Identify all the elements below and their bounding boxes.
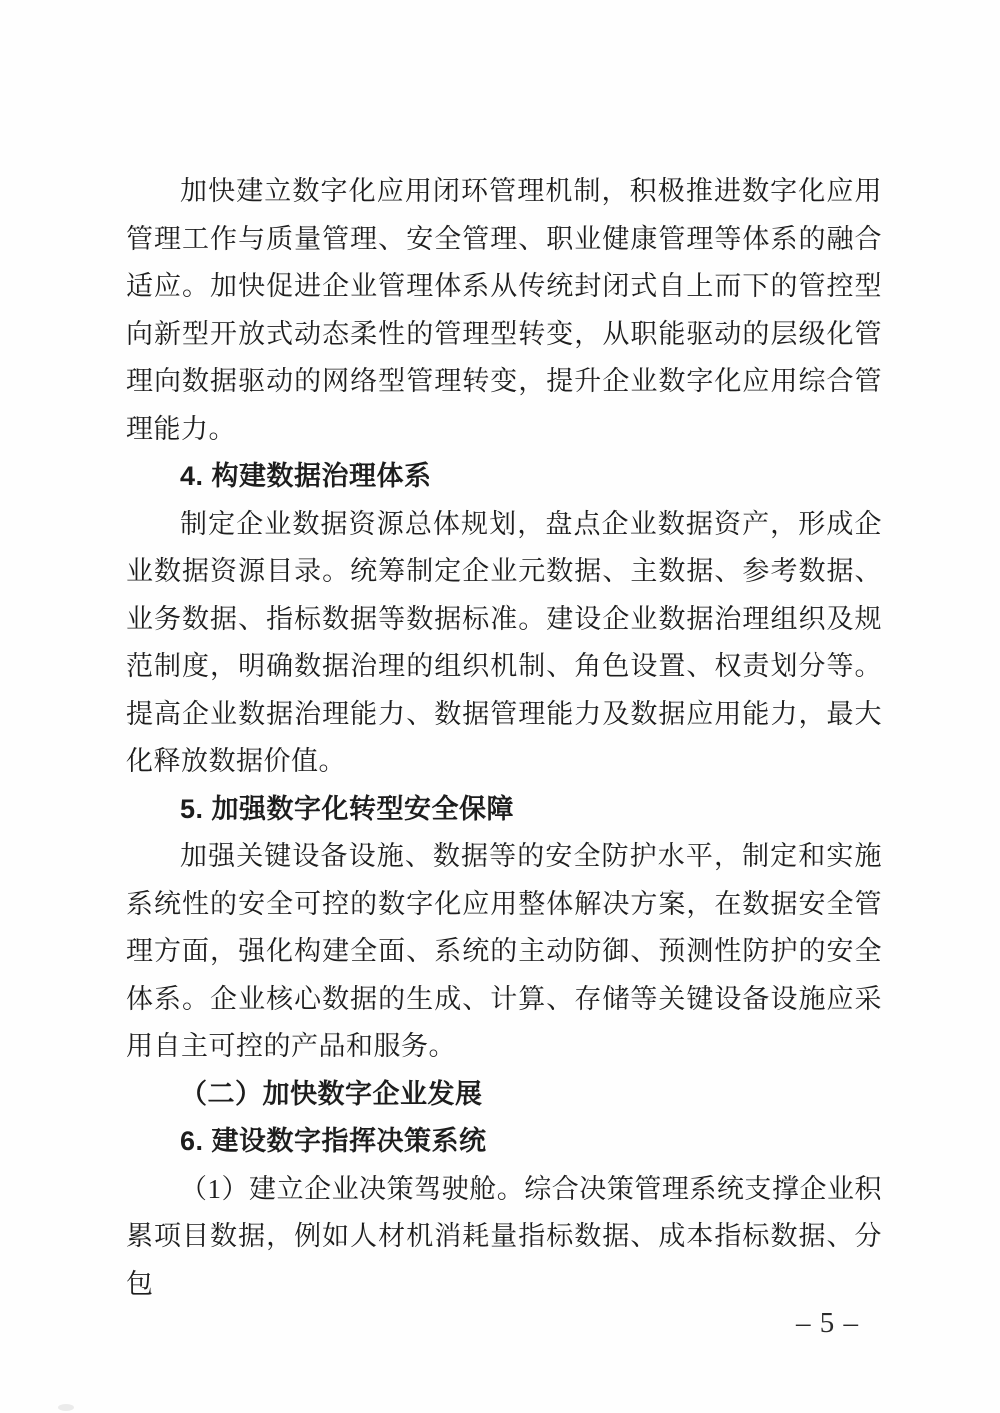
heading-section-4-data-governance: 4. 构建数据治理体系 xyxy=(126,453,882,501)
heading-section-5-security: 5. 加强数字化转型安全保障 xyxy=(126,786,882,834)
paragraph-application-management: 加快建立数字化应用闭环管理机制，积极推进数字化应用管理工作与质量管理、安全管理、… xyxy=(126,168,882,453)
document-body: 加快建立数字化应用闭环管理机制，积极推进数字化应用管理工作与质量管理、安全管理、… xyxy=(126,168,882,1308)
scan-artifact xyxy=(58,1404,74,1411)
paragraph-security: 加强关键设备设施、数据等的安全防护水平，制定和实施系统性的安全可控的数字化应用整… xyxy=(126,833,882,1071)
page-number: – 5 – xyxy=(796,1306,886,1340)
heading-part-2-digital-enterprise: （二）加快数字企业发展 xyxy=(126,1071,882,1119)
heading-section-6-decision-system: 6. 建设数字指挥决策系统 xyxy=(126,1118,882,1166)
document-page: 加快建立数字化应用闭环管理机制，积极推进数字化应用管理工作与质量管理、安全管理、… xyxy=(0,0,1000,1413)
paragraph-decision-cockpit: （1）建立企业决策驾驶舱。综合决策管理系统支撑企业积累项目数据，例如人材机消耗量… xyxy=(126,1166,882,1309)
paragraph-data-governance: 制定企业数据资源总体规划，盘点企业数据资产，形成企业数据资源目录。统筹制定企业元… xyxy=(126,501,882,786)
